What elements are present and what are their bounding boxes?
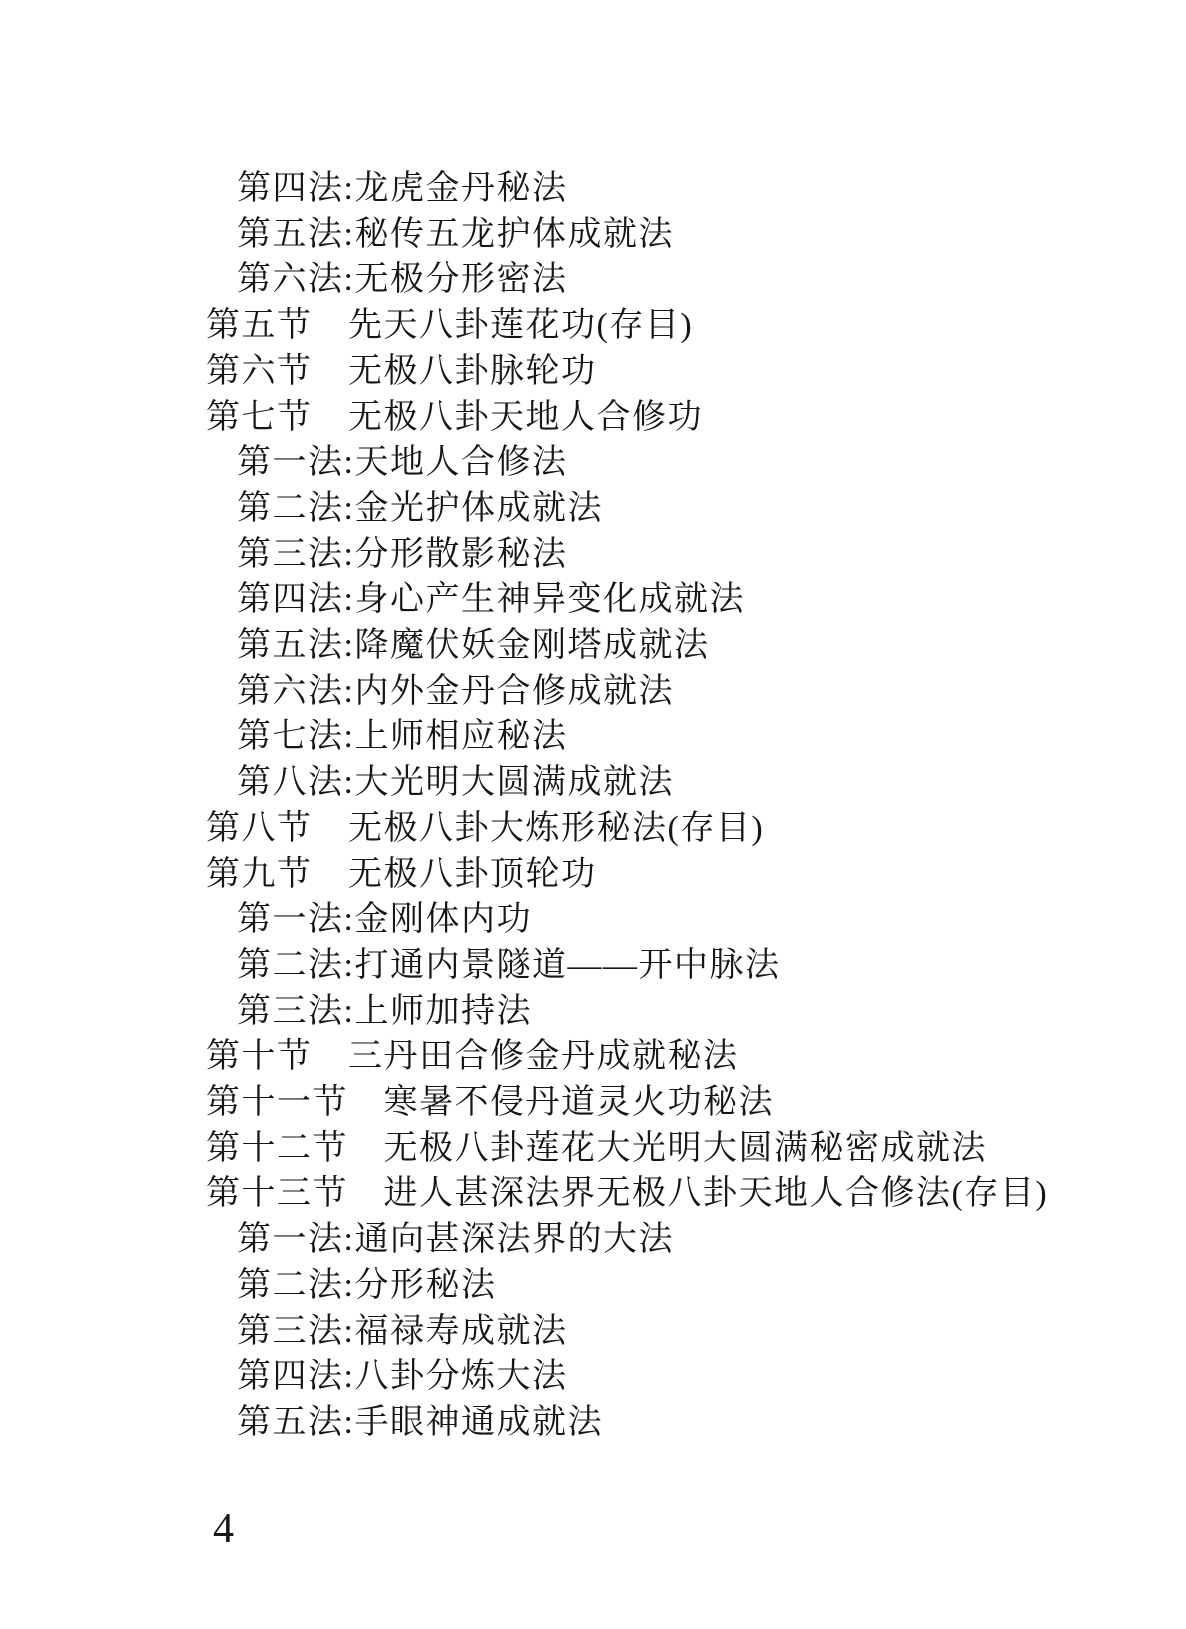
toc-method-line: 第四法:龙虎金丹秘法 — [206, 166, 1106, 212]
toc-section-line: 第五节 先天八卦莲花功(存目) — [206, 303, 1106, 349]
toc-section-line: 第十一节 寒暑不侵丹道灵火功秘法 — [206, 1080, 1106, 1126]
toc-section-line: 第七节 无极八卦天地人合修功 — [206, 395, 1106, 441]
toc-method-line: 第二法:打通内景隧道——开中脉法 — [206, 943, 1106, 989]
toc-section-line: 第八节 无极八卦大炼形秘法(存目) — [206, 806, 1106, 852]
toc-method-line: 第三法:分形散影秘法 — [206, 532, 1106, 578]
toc-method-line: 第八法:大光明大圆满成就法 — [206, 760, 1106, 806]
toc-method-line: 第一法:天地人合修法 — [206, 440, 1106, 486]
toc-section-line: 第十二节 无极八卦莲花大光明大圆满秘密成就法 — [206, 1126, 1106, 1172]
toc-method-line: 第六法:内外金丹合修成就法 — [206, 669, 1106, 715]
page-number: 4 — [213, 1505, 234, 1553]
toc-method-line: 第二法:分形秘法 — [206, 1263, 1106, 1309]
toc-method-line: 第五法:手眼神通成就法 — [206, 1400, 1106, 1446]
table-of-contents: 第四法:龙虎金丹秘法第五法:秘传五龙护体成就法第六法:无极分形密法第五节 先天八… — [206, 166, 1106, 1446]
toc-method-line: 第一法:通向甚深法界的大法 — [206, 1217, 1106, 1263]
toc-method-line: 第四法:八卦分炼大法 — [206, 1354, 1106, 1400]
toc-section-line: 第十三节 进人甚深法界无极八卦天地人合修法(存目) — [206, 1171, 1106, 1217]
toc-method-line: 第一法:金刚体内功 — [206, 897, 1106, 943]
toc-method-line: 第二法:金光护体成就法 — [206, 486, 1106, 532]
toc-method-line: 第四法:身心产生神异变化成就法 — [206, 577, 1106, 623]
toc-method-line: 第三法:上师加持法 — [206, 989, 1106, 1035]
toc-section-line: 第六节 无极八卦脉轮功 — [206, 349, 1106, 395]
scanned-page: 第四法:龙虎金丹秘法第五法:秘传五龙护体成就法第六法:无极分形密法第五节 先天八… — [0, 0, 1186, 1629]
toc-section-line: 第九节 无极八卦顶轮功 — [206, 852, 1106, 898]
toc-method-line: 第五法:秘传五龙护体成就法 — [206, 212, 1106, 258]
toc-method-line: 第五法:降魔伏妖金刚塔成就法 — [206, 623, 1106, 669]
toc-method-line: 第三法:福禄寿成就法 — [206, 1309, 1106, 1355]
toc-method-line: 第六法:无极分形密法 — [206, 257, 1106, 303]
toc-section-line: 第十节 三丹田合修金丹成就秘法 — [206, 1034, 1106, 1080]
toc-method-line: 第七法:上师相应秘法 — [206, 714, 1106, 760]
